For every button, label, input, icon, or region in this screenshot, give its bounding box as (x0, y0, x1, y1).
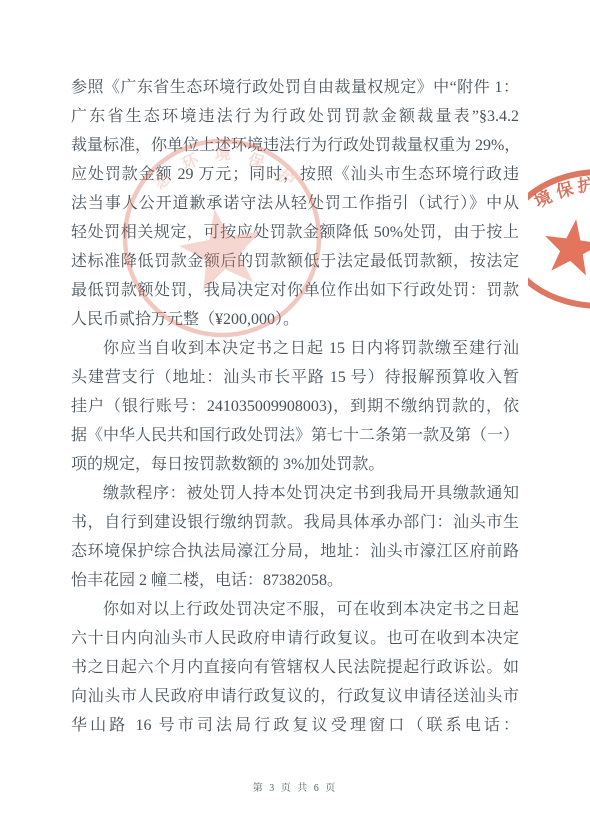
text-line: 向汕头市人民政府申请行政复议的，行政复议申请径送汕头市 (71, 682, 519, 711)
text-line: 轻处罚相关规定，可按应处罚款金额降低 50%处罚，由于按上 (71, 218, 519, 247)
text-line: 最低罚款额处罚，我局决定对你单位作出如下行政处罚：罚款 (71, 276, 519, 305)
paragraph: 参照《广东省生态环境行政处罚自由裁量权规定》中“附件 1： 广东省生态环境违法行… (71, 73, 519, 334)
text-line: 据《中华人民共和国行政处罚法》第七十二条第一款及第（一） (71, 421, 519, 450)
page-number: 第 3 页 共 6 页 (0, 779, 590, 794)
text-line: 广东省生态环境违法行为行政处罚罚款金额裁量表”§3.4.2 (71, 102, 519, 131)
text-line: 人民币贰拾万元整（¥200,000）。 (71, 305, 519, 334)
paragraph: 缴款程序：被处罚人持本处罚决定书到我局开具缴款通知 书，自行到建设银行缴纳罚款。… (71, 479, 519, 595)
text-line: 参照《广东省生态环境行政处罚自由裁量权规定》中“附件 1： (71, 73, 519, 102)
text-line: 六十日内向汕头市人民政府申请行政复议。也可在收到本决定 (71, 624, 519, 653)
text-line: 项的规定，每日按罚款数额的 3%加处罚款。 (71, 450, 519, 479)
text-line: 怡丰花园 2 幢二楼，电话：87382058。 (71, 566, 519, 595)
edge-seal-stamp-icon: 境 保 护 (528, 150, 590, 335)
text-line: 挂户（银行账号：241035009908003)，到期不缴纳罚款的，依 (71, 392, 519, 421)
document-body: 参照《广东省生态环境行政处罚自由裁量权规定》中“附件 1： 广东省生态环境违法行… (71, 73, 519, 740)
text-line: 缴款程序：被处罚人持本处罚决定书到我局开具缴款通知 (71, 479, 519, 508)
text-line: 你如对以上行政处罚决定不服，可在收到本决定书之日起 (71, 595, 519, 624)
text-line: 头建营支行（地址：汕头市长平路 15 号）待报解预算收入暂 (71, 363, 519, 392)
seal-char: 保 (554, 178, 576, 202)
paragraph: 你应当自收到本决定书之日起 15 日内将罚款缴至建行汕 头建营支行（地址：汕头市… (71, 334, 519, 479)
text-line: 法当事人公开道歉承诺守法从轻处罚工作指引（试行）》中从 (71, 189, 519, 218)
text-line: 书，自行到建设银行缴纳罚款。我局具体承办部门：汕头市生 (71, 508, 519, 537)
paragraph: 你如对以上行政处罚决定不服，可在收到本决定书之日起 六十日内向汕头市人民政府申请… (71, 595, 519, 740)
document-page: 参照《广东省生态环境行政处罚自由裁量权规定》中“附件 1： 广东省生态环境违法行… (0, 0, 590, 831)
text-line: 华山路 16 号市司法局行政复议受理窗口（联系电话： (71, 711, 519, 740)
star-icon (540, 215, 590, 277)
seal-char: 境 (531, 186, 555, 211)
text-line: 你应当自收到本决定书之日起 15 日内将罚款缴至建行汕 (71, 334, 519, 363)
text-line: 态环境保护综合执法局濠江分局，地址：汕头市濠江区府前路 (71, 537, 519, 566)
text-line: 裁量标准，你单位上述环境违法行为行政处罚裁量权重为 29%， (71, 131, 519, 160)
text-line: 应处罚款金额 29 万元；同时，按照《汕头市生态环境行政违 (71, 160, 519, 189)
text-line: 述标准降低罚款金额后的罚款额低于法定最低罚款额，按法定 (71, 247, 519, 276)
seal-char: 护 (577, 175, 590, 196)
text-line: 书之日起六个月内直接向有管辖权人民法院提起行政诉讼。如 (71, 653, 519, 682)
